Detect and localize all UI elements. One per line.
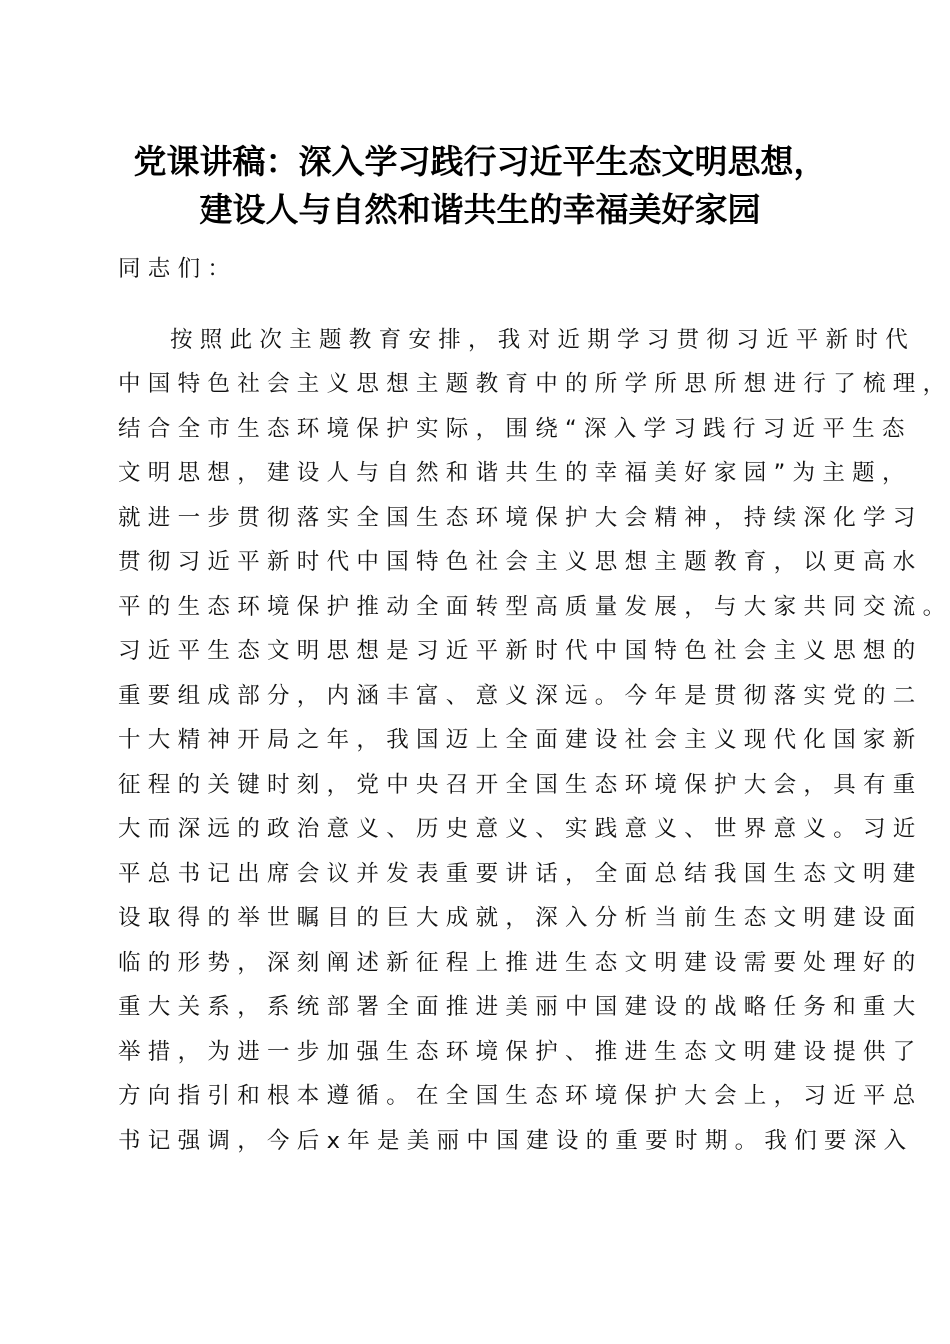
title-line-1: 党课讲稿：深入学习践行习近平生态文明思想， (110, 140, 850, 184)
paragraph-line: 习近平生态文明思想是习近平新时代中国特色社会主义思想的 (118, 636, 923, 666)
paragraph-line: 重大关系，系统部署全面推进美丽中国建设的战略任务和重大 (118, 992, 923, 1022)
paragraph-line: 重要组成部分，内涵丰富、意义深远。今年是贯彻落实党的二 (118, 681, 923, 711)
paragraph-line: 大而深远的政治意义、历史意义、实践意义、世界意义。习近 (118, 814, 923, 844)
paragraph-line: 中国特色社会主义思想主题教育中的所学所思所想进行了梳理， (118, 369, 950, 399)
paragraph-line: 方向指引和根本遵循。在全国生态环境保护大会上，习近平总 (118, 1081, 923, 1111)
paragraph-line: 征程的关键时刻，党中央召开全国生态环境保护大会，具有重 (118, 770, 923, 800)
paragraph-line: 平的生态环境保护推动全面转型高质量发展，与大家共同交流。 (118, 592, 950, 622)
paragraph-line: 就进一步贯彻落实全国生态环境保护大会精神，持续深化学习 (118, 503, 923, 533)
title-line-2: 建设人与自然和谐共生的幸福美好家园 (110, 188, 850, 232)
paragraph-line: 十大精神开局之年，我国迈上全面建设社会主义现代化国家新 (118, 725, 923, 755)
paragraph-line: 结合全市生态环境保护实际，围绕“深入学习践行习近平生态 (118, 414, 912, 444)
document-page: 党课讲稿：深入学习践行习近平生态文明思想， 建设人与自然和谐共生的幸福美好家园 … (0, 0, 950, 1344)
paragraph-line: 平总书记出席会议并发表重要讲话，全面总结我国生态文明建 (118, 859, 923, 889)
paragraph-line: 举措，为进一步加强生态环境保护、推进生态文明建设提供了 (118, 1037, 923, 1067)
paragraph-line: 贯彻习近平新时代中国特色社会主义思想主题教育，以更高水 (118, 547, 923, 577)
salutation: 同志们： (118, 254, 237, 284)
paragraph-line: 临的形势，深刻阐述新征程上推进生态文明建设需要处理好的 (118, 948, 923, 978)
paragraph-line: 书记强调，今后x年是美丽中国建设的重要时期。我们要深入 (118, 1126, 913, 1156)
paragraph-line: 按照此次主题教育安排，我对近期学习贯彻习近平新时代 (170, 325, 915, 355)
paragraph-line: 文明思想，建设人与自然和谐共生的幸福美好家园”为主题， (118, 458, 912, 488)
paragraph-line: 设取得的举世瞩目的巨大成就，深入分析当前生态文明建设面 (118, 903, 923, 933)
